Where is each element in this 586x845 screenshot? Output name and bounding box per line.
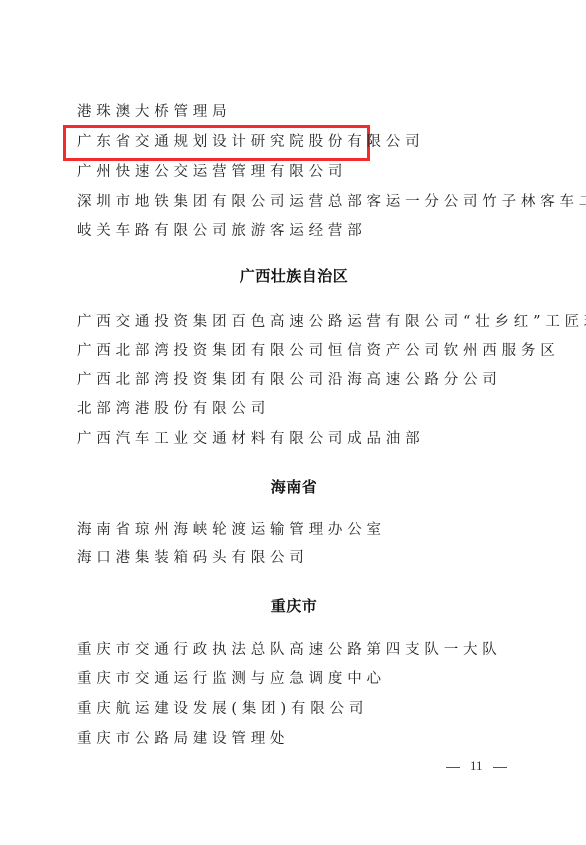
page-number-dash-left (446, 767, 460, 768)
list-item: 重庆航运建设发展(集团)有限公司 (77, 698, 368, 720)
list-item: 岐关车路有限公司旅游客运经营部 (77, 220, 367, 242)
list-item: 海口港集装箱码头有限公司 (77, 547, 309, 569)
list-item: 广西汽车工业交通材料有限公司成品油部 (77, 428, 424, 450)
list-item: 广州快速公交运营管理有限公司 (77, 161, 347, 183)
page-number-dash-right (493, 767, 507, 768)
section-heading-hainan: 海南省 (0, 476, 586, 498)
list-item: 重庆市公路局建设管理处 (77, 728, 289, 750)
list-item-highlighted: 广东省交通规划设计研究院股份有限公司 (77, 131, 424, 153)
section-heading-chongqing: 重庆市 (0, 595, 586, 617)
list-item: 港珠澳大桥管理局 (77, 101, 231, 123)
section-heading-guangxi: 广西壮族自治区 (0, 265, 586, 287)
list-item: 重庆市交通运行监测与应急调度中心 (77, 668, 386, 690)
list-item: 北部湾港股份有限公司 (77, 398, 270, 420)
document-page: 港珠澳大桥管理局 广东省交通规划设计研究院股份有限公司 广州快速公交运营管理有限… (0, 0, 586, 845)
list-item: 广西北部湾投资集团有限公司沿海高速公路分公司 (77, 369, 502, 391)
page-number-value: 11 (470, 756, 483, 776)
list-item: 广西北部湾投资集团有限公司恒信资产公司钦州西服务区 (77, 340, 560, 362)
list-item: 深圳市地铁集团有限公司运营总部客运一分公司竹子林客车二队 (77, 191, 586, 213)
list-item: 广西交通投资集团百色高速公路运营有限公司“壮乡红”工匠班组 (77, 311, 586, 333)
page-number: 11 (446, 756, 507, 776)
list-item: 海南省琼州海峡轮渡运输管理办公室 (77, 519, 386, 541)
list-item: 重庆市交通行政执法总队高速公路第四支队一大队 (77, 639, 502, 661)
